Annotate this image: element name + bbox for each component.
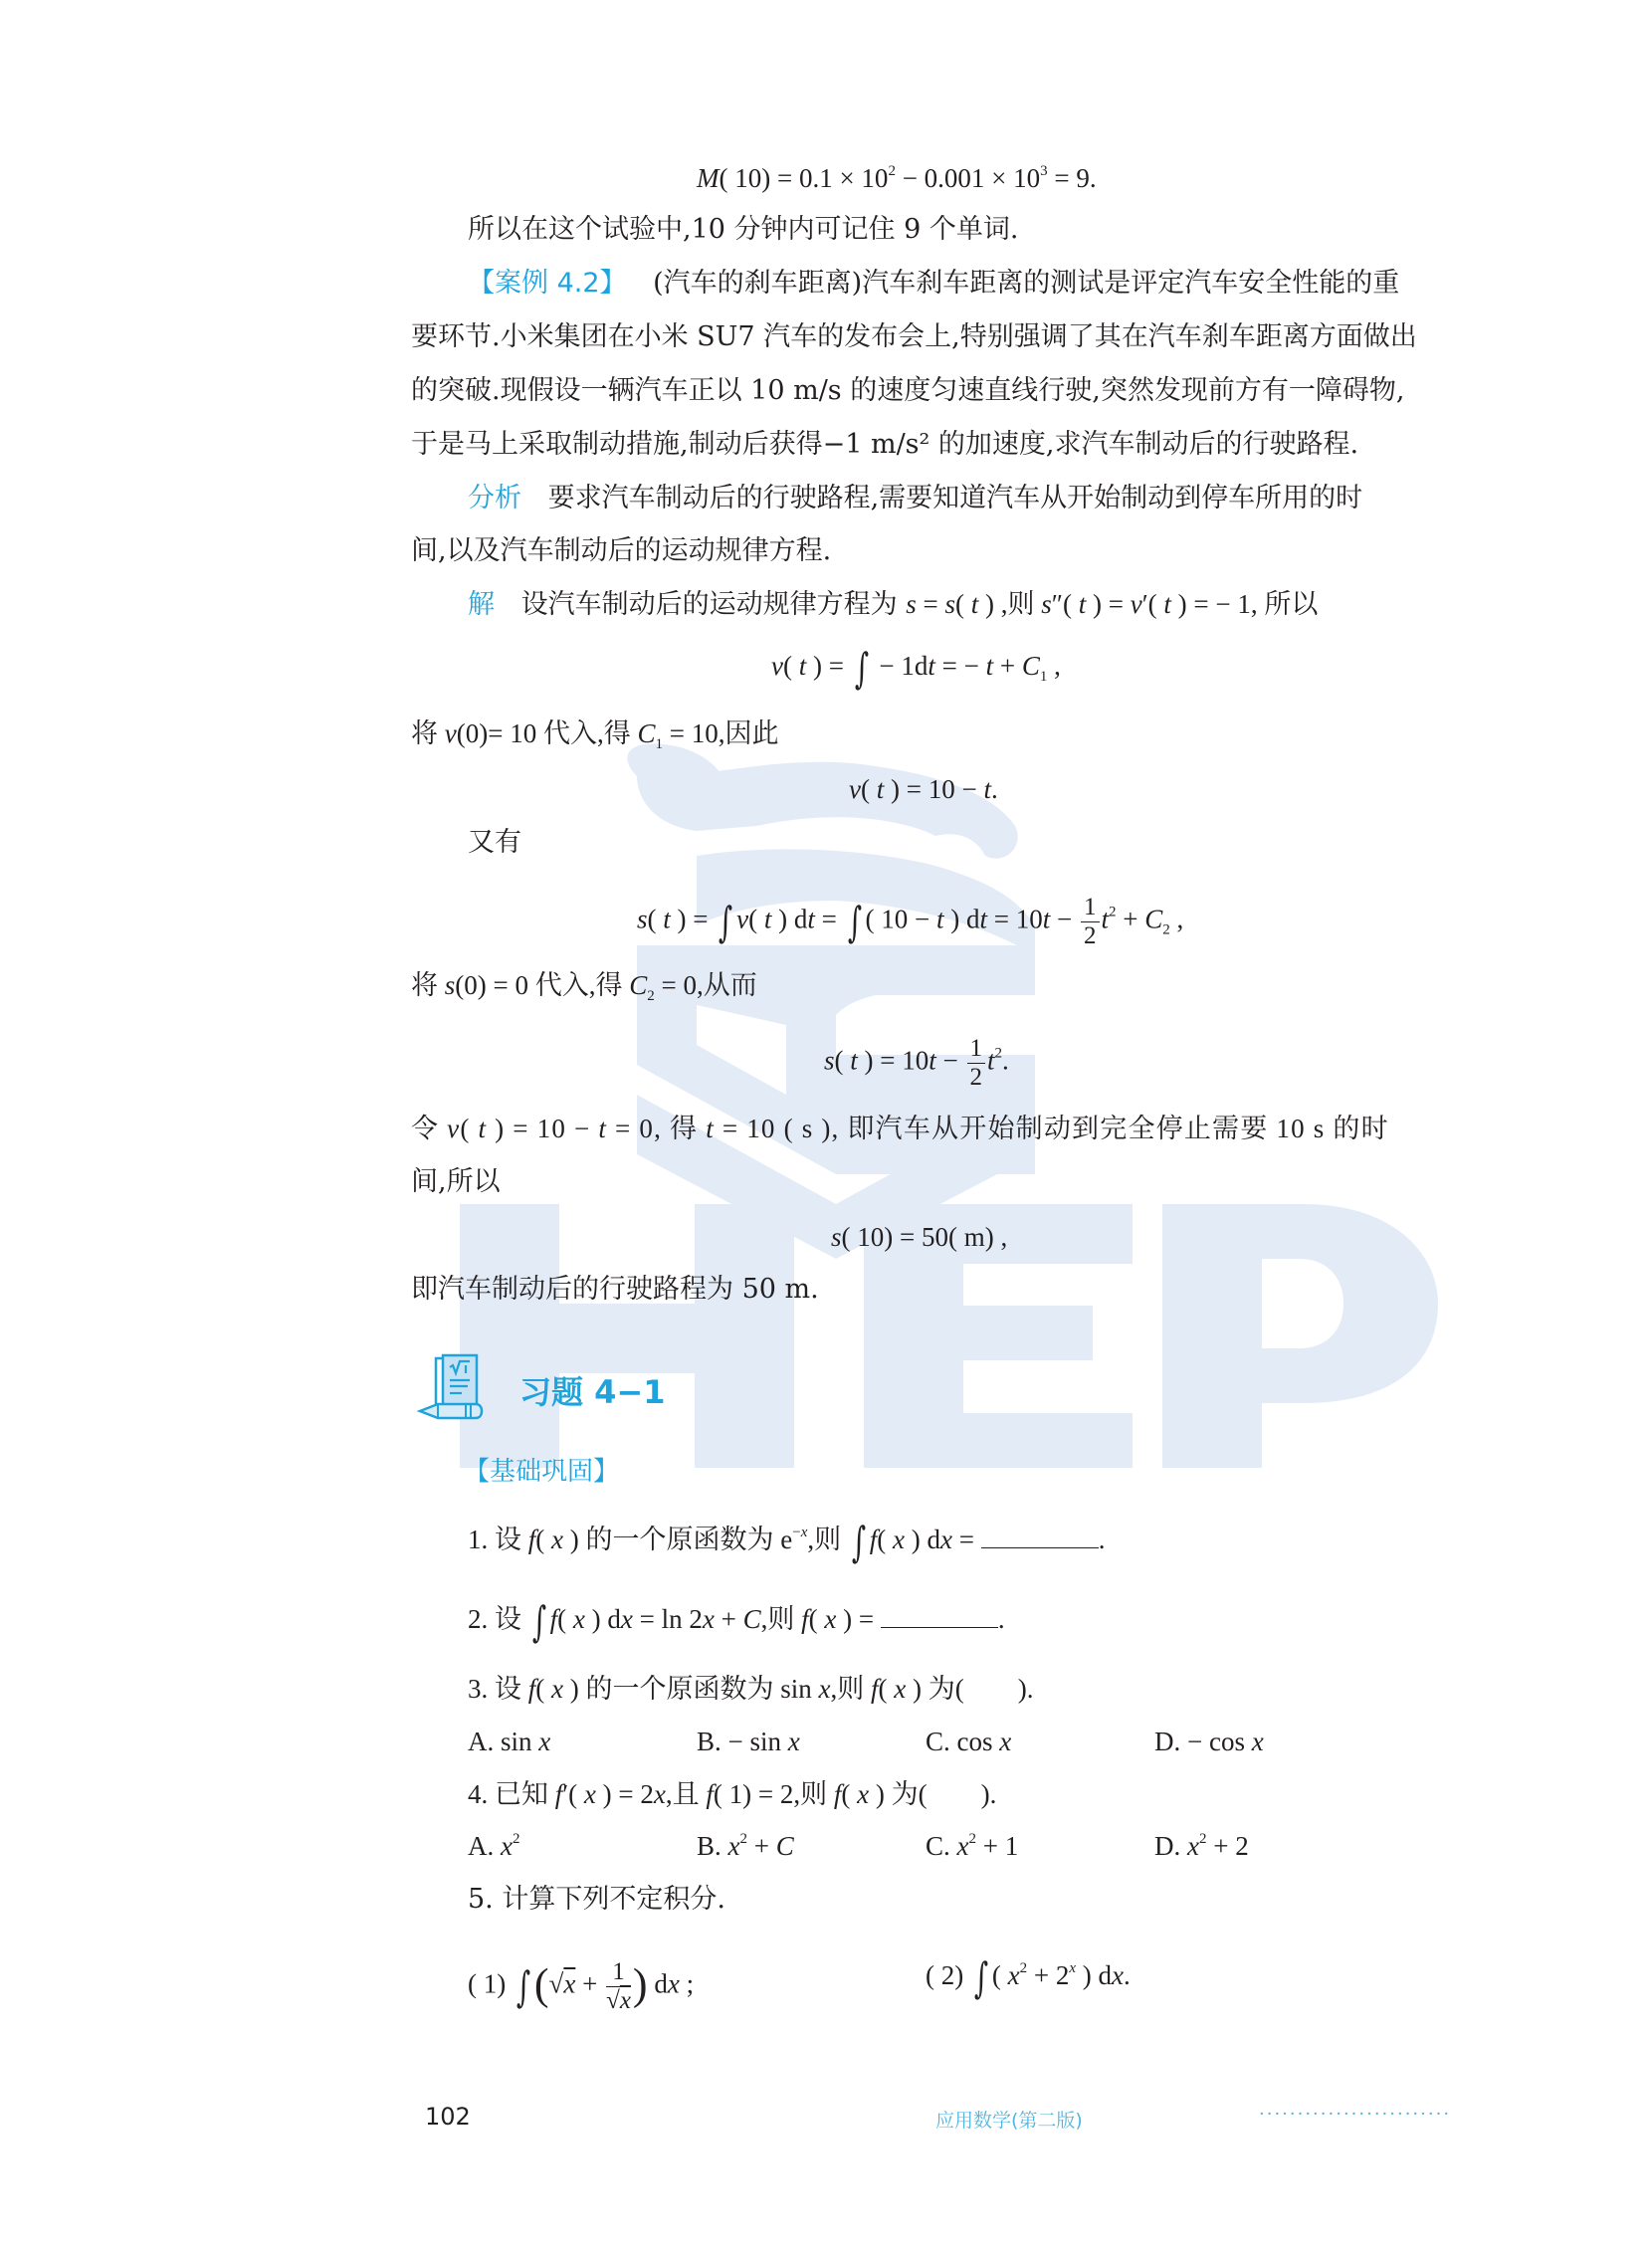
q3-option-a[interactable]: A. sin x xyxy=(468,1725,550,1758)
q3-option-b[interactable]: B. − sin x xyxy=(697,1725,800,1758)
answer-blank[interactable] xyxy=(981,1526,1099,1548)
substitute-v0: 将 v(0)= 10 代入,得 C1 = 10,因此 xyxy=(411,716,778,750)
q4-option-a[interactable]: A. x2 xyxy=(468,1829,519,1863)
case-label: 【案例 4.2】 xyxy=(468,268,627,299)
case-paragraph-line4: 于是马上采取制动措施,制动后获得−1 m/s² 的加速度,求汽车制动后的行驶路程… xyxy=(411,428,1358,462)
question-4: 4. 已知 f′( x ) = 2x,且 f( 1) = 2,则 f( x ) … xyxy=(468,1777,996,1811)
equation-v-result: v( t ) = 10 − t. xyxy=(849,772,998,806)
q3-option-d[interactable]: D. − cos x xyxy=(1154,1725,1264,1758)
equation-v-integral: v( t ) = ∫ − 1dt = − t + C1 , xyxy=(771,649,1061,683)
answer-blank[interactable] xyxy=(881,1605,998,1628)
q4-option-b[interactable]: B. x2 + C xyxy=(697,1829,794,1863)
substitute-s0: 将 s(0) = 0 代入,得 C2 = 0,从而 xyxy=(411,968,757,1002)
question-1: 1. 设 f( x ) 的一个原函数为 e−x,则 ∫f( x ) dx = . xyxy=(468,1523,1105,1556)
textbook-page: M( 10) = 0.1 × 102 − 0.001 × 103 = 9. 所以… xyxy=(0,0,1652,2241)
case-paragraph-line3: 的突破.现假设一辆汽车正以 10 m/s 的速度匀速直线行驶,突然发现前方有一障… xyxy=(411,374,1404,408)
question-5-part-1: ( 1) ∫(√x + 1√x) dx ; xyxy=(468,1958,694,2015)
analysis-line1: 分析 要求汽车制动后的行驶路程,需要知道汽车从开始制动到停车所用的时 xyxy=(468,482,1362,515)
analysis-label: 分析 xyxy=(468,483,521,513)
footer-dots-divider: ························· xyxy=(1259,2104,1451,2125)
final-answer: 即汽车制动后的行驶路程为 50 m. xyxy=(411,1273,819,1307)
analysis-line2: 间,以及汽车制动后的运动规律方程. xyxy=(411,534,831,568)
equation-s-integral: s( t ) = ∫v( t ) dt = ∫( 10 − t ) dt = 1… xyxy=(637,894,1183,950)
stop-time-line1: 令 v( t ) = 10 − t = 0, 得 t = 10 ( s ), 即… xyxy=(411,1112,1389,1145)
case-paragraph-line1: 【案例 4.2】 (汽车的刹车距离)汽车刹车距离的测试是评定汽车安全性能的重 xyxy=(468,267,1399,301)
exercise-section-label: 【基础巩固】 xyxy=(464,1455,619,1489)
q4-option-d[interactable]: D. x2 + 2 xyxy=(1154,1829,1249,1863)
question-3: 3. 设 f( x ) 的一个原函数为 sin x,则 f( x ) 为( ). xyxy=(468,1672,1033,1706)
page-number: 102 xyxy=(425,2103,471,2131)
question-5: 5. 计算下列不定积分. xyxy=(468,1883,725,1917)
question-5-part-2: ( 2) ∫( x2 + 2x ) dx. xyxy=(926,1958,1131,1992)
equation-s10: s( 10) = 50( m) , xyxy=(831,1220,1007,1254)
exercise-book-pencil-icon xyxy=(416,1353,498,1425)
q4-option-c[interactable]: C. x2 + 1 xyxy=(926,1829,1018,1863)
case-paragraph-line2: 要环节.小米集团在小米 SU7 汽车的发布会上,特别强调了其在汽车刹车距离方面做… xyxy=(411,320,1417,354)
again-text: 又有 xyxy=(468,826,521,860)
intro-conclusion: 所以在这个试验中,10 分钟内可记住 9 个单词. xyxy=(468,213,1018,247)
formula-m10: M( 10) = 0.1 × 102 − 0.001 × 103 = 9. xyxy=(697,161,1097,195)
book-title: 应用数学(第二版) xyxy=(935,2106,1083,2133)
exercises-title: 习题 4−1 xyxy=(519,1367,666,1413)
stop-time-line2: 间,所以 xyxy=(411,1165,501,1199)
equation-s-result: s( t ) = 10t − 12t2. xyxy=(824,1035,1009,1092)
solution-label: 解 xyxy=(468,589,495,620)
q3-option-c[interactable]: C. cos x xyxy=(926,1725,1011,1758)
solution-line1: 解 设汽车制动后的运动规律方程为 s = s( t ) ,则 s″( t ) =… xyxy=(468,587,1318,622)
question-2: 2. 设 ∫f( x ) dx = ln 2x + C,则 f( x ) = . xyxy=(468,1602,1005,1636)
